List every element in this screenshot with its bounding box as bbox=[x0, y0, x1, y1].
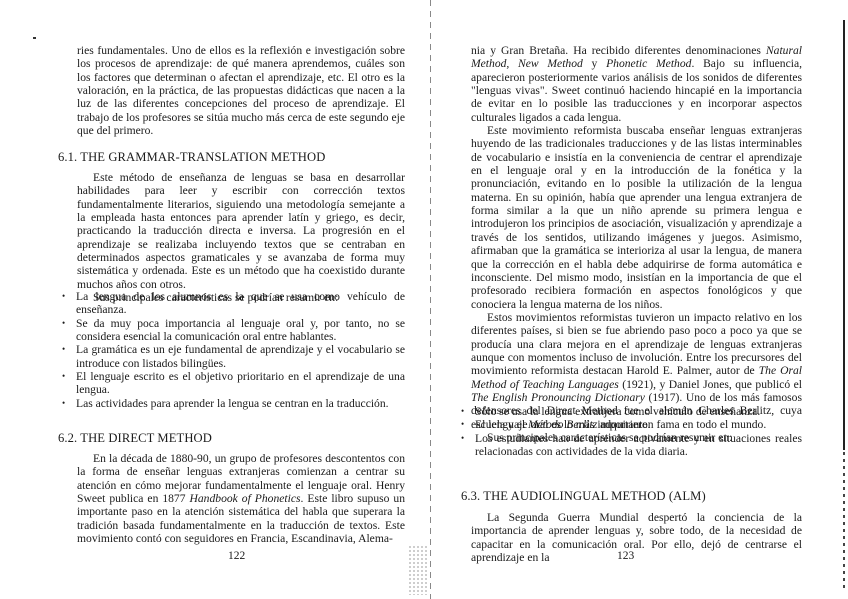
bullet-icon: • bbox=[62, 370, 65, 383]
page-edge-line bbox=[843, 20, 845, 450]
list-item: •Las actividades para aprender la lengua… bbox=[60, 397, 405, 410]
direct-method-paragraph: En la década de 1880-90, un grupo de pro… bbox=[77, 452, 405, 545]
grammar-translation-paragraph: Este método de enseñanza de lenguas se b… bbox=[77, 171, 405, 291]
section-heading-grammar-translation: 6.1. THE GRAMMAR-TRANSLATION METHOD bbox=[58, 150, 325, 165]
continuation-paragraph: nia y Gran Bretaña. Ha recibido diferent… bbox=[471, 44, 802, 124]
bullet-icon: • bbox=[62, 290, 65, 303]
direct-method-continuation: nia y Gran Bretaña. Ha recibido diferent… bbox=[471, 44, 802, 444]
scan-noise bbox=[408, 545, 428, 595]
intro-block: ries fundamentales. Uno de ellos es la r… bbox=[77, 44, 405, 137]
bullet-icon: • bbox=[62, 343, 65, 356]
list-item: •La gramática es un eje fundamental de a… bbox=[60, 343, 405, 370]
page-edge-dots bbox=[843, 452, 845, 592]
book-title: Handbook of Phonetics bbox=[190, 492, 301, 505]
page-number-right: 123 bbox=[617, 550, 634, 562]
reform-paragraph: Este movimiento reformista buscaba enseñ… bbox=[471, 124, 802, 311]
section-heading-direct-method: 6.2. THE DIRECT METHOD bbox=[58, 431, 212, 446]
list-item: •Sólo se usa la lengua extranjera como v… bbox=[459, 405, 802, 418]
list-item: •El lenguaje escrito es el objetivo prio… bbox=[60, 370, 405, 397]
audiolingual-body: La Segunda Guerra Mundial despertó la co… bbox=[471, 511, 802, 564]
intro-paragraph: ries fundamentales. Uno de ellos es la r… bbox=[77, 44, 405, 137]
bullet-icon: • bbox=[461, 432, 464, 445]
direct-method-list-block: •Sólo se usa la lengua extranjera como v… bbox=[459, 405, 802, 458]
book-gutter bbox=[430, 0, 431, 599]
list-item: •El lenguaje oral es lo más importante. bbox=[459, 418, 802, 431]
bullet-icon: • bbox=[62, 397, 65, 410]
section-heading-audiolingual: 6.3. THE AUDIOLINGUAL METHOD (ALM) bbox=[461, 489, 706, 504]
bullet-icon: • bbox=[461, 418, 464, 431]
scan-speck bbox=[33, 37, 36, 39]
grammar-translation-list-block: •La lengua de los alumnos es la que se u… bbox=[60, 290, 405, 410]
list-item: •Se da muy poca importancia al lenguaje … bbox=[60, 317, 405, 344]
right-page: nia y Gran Bretaña. Ha recibido diferent… bbox=[434, 0, 848, 599]
direct-method-body: En la década de 1880-90, un grupo de pro… bbox=[77, 452, 405, 545]
list-item: •La lengua de los alumnos es la que se u… bbox=[60, 290, 405, 317]
grammar-translation-body: Este método de enseñanza de lenguas se b… bbox=[77, 171, 405, 304]
page-number-left: 122 bbox=[228, 550, 245, 562]
direct-method-list: •Sólo se usa la lengua extranjera como v… bbox=[459, 405, 802, 458]
bullet-icon: • bbox=[62, 317, 65, 330]
left-page: ries fundamentales. Uno de ellos es la r… bbox=[0, 0, 430, 599]
audiolingual-paragraph: La Segunda Guerra Mundial despertó la co… bbox=[471, 511, 802, 564]
list-item: •Los estudiantes han de aprender activam… bbox=[459, 432, 802, 459]
grammar-translation-list: •La lengua de los alumnos es la que se u… bbox=[60, 290, 405, 410]
bullet-icon: • bbox=[461, 405, 464, 418]
